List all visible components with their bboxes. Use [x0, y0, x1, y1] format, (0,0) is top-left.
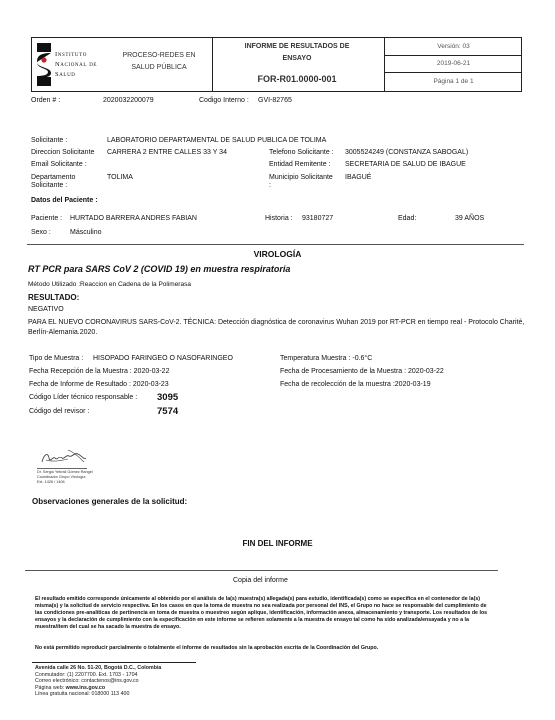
lead-code-value: 3095 [157, 392, 178, 403]
patient-section-title: Datos del Paciente : [31, 197, 98, 204]
reviewer-code-value: 7574 [157, 406, 178, 417]
departamento-value: TOLIMA [107, 174, 133, 181]
result-title: RESULTADO: [28, 293, 79, 302]
direccion-value: CARRERA 2 ENTRE CALLES 33 Y 34 [107, 149, 227, 156]
reviewer-code-label: Código del revisor : [29, 408, 89, 415]
document-header: Instituto Nacional de Salud PROCESO-REDE… [31, 37, 522, 92]
observations-title: Observaciones generales de la solicitud: [32, 497, 187, 506]
footer-email: Correo electrónico: contactenos@ins.gov.… [35, 678, 161, 685]
signature-line [37, 468, 87, 469]
sexo-value: Másculino [70, 229, 102, 236]
result-value: NEGATIVO [28, 306, 64, 313]
entidad-value: SECRETARIA DE SALUD DE IBAGUE [345, 161, 466, 168]
test-name: RT PCR para SARS CoV 2 (COVID 19) en mue… [28, 264, 290, 274]
email-label: Email Solicitante : [31, 161, 87, 168]
sexo-label: Sexo : [31, 229, 51, 236]
municipio-value: IBAGUÉ [345, 174, 371, 181]
institute-name-line-3: Salud [55, 71, 76, 78]
footer-phone: Conmutador: (1) 2207700. Ext. 1703 - 170… [35, 672, 161, 679]
footer-contact: Avenida calle 26 No. 51-20, Bogotá D.C.,… [35, 665, 161, 698]
disclaimer: El resultado emitido corresponde únicame… [35, 596, 488, 631]
order-label: Orden # : [31, 97, 60, 104]
sample-type-label: Tipo de Muestra : [29, 355, 83, 362]
paciente-value: HURTADO BARRERA ANDRES FABIAN [70, 215, 197, 222]
direccion-label: Direccion Solicitante [31, 149, 94, 156]
reception-date: Fecha Recepción de la Muestra : 2020-03-… [29, 368, 169, 375]
collection-date: Fecha de recolección de la muestra :2020… [280, 381, 431, 388]
entidad-label: Entidad Remitente : [269, 161, 330, 168]
footer-web-link[interactable]: www.ins.gov.co [66, 685, 105, 691]
page-number: Página 1 de 1 [385, 78, 522, 85]
footer-address: Avenida calle 26 No. 51-20, Bogotá D.C.,… [35, 665, 161, 672]
test-area: VIROLOGÍA [0, 249, 555, 259]
test-method: Método Utilizado :Reaccion en Cadena de … [28, 281, 191, 288]
report-title: INFORME DE RESULTADOS DE ENSAYO [217, 41, 377, 65]
internal-code-label: Codigo Interno : [199, 97, 249, 104]
copy-label: Copia del informe [233, 577, 288, 584]
paciente-label: Paciente : [31, 215, 62, 222]
historia-value: 93180727 [302, 215, 333, 222]
telefono-value: 3005524249 (CONSTANZA SABOGAL) [345, 149, 468, 156]
footer-hotline: Línea gratuita nacional: 018000 113 400 [35, 691, 161, 698]
version-date: 2019-06-21 [385, 60, 522, 67]
institute-name-line-2: Nacional de [55, 61, 97, 68]
ins-logo-icon [37, 43, 51, 86]
signature-icon [38, 446, 88, 468]
order-value: 2020032200079 [103, 97, 154, 104]
lead-code-label: Código Líder técnico responsable : [29, 394, 137, 401]
report-date: Fecha de Informe de Resultado : 2020-03-… [29, 381, 169, 388]
municipio-label: Municipio Solicitante : [269, 174, 333, 190]
solicitante-label: Solicitante : [31, 137, 67, 144]
sample-type-value: HISOPADO FARINGEO O NASOFARINGEO [93, 355, 233, 362]
sample-temperature: Temperatura Muestra : -0.6°C [280, 355, 372, 362]
internal-code-value: GVI-82765 [258, 97, 292, 104]
section-divider [27, 244, 524, 245]
edad-label: Edad: [398, 215, 416, 222]
version-label: Versión: 03 [385, 43, 522, 50]
end-of-report: FIN DEL INFORME [0, 539, 555, 548]
processing-date: Fecha de Procesamiento de la Muestra : 2… [280, 368, 444, 375]
departamento-label: Departamento Solicitante : [31, 174, 75, 190]
edad-value: 39 AÑOS [455, 215, 484, 222]
signer-ext: Ext. 1426 / 1406 [37, 480, 93, 485]
result-detail: PARA EL NUEVO CORONAVIRUS SARS-CoV-2. TÉ… [28, 318, 528, 337]
institute-name-line-1: Instituto [55, 51, 87, 58]
footer-web: Página web: www.ins.gov.co [35, 685, 161, 692]
solicitante-value: LABORATORIO DEPARTAMENTAL DE SALUD PUBLI… [107, 137, 326, 144]
form-code: FOR-R01.0000-001 [217, 74, 377, 84]
signature-block: Dr. Sergio Yebrail Gómez Rangel Coordina… [37, 470, 93, 485]
historia-label: Historia : [265, 215, 293, 222]
disclaimer-reproduction: No está permitido reproducir parcialment… [35, 645, 378, 651]
telefono-label: Telefono Solicitante : [269, 149, 334, 156]
process-name: PROCESO-REDES EN SALUD PÚBLICA [114, 50, 204, 74]
copy-divider [25, 570, 498, 571]
footer-divider [32, 662, 196, 663]
